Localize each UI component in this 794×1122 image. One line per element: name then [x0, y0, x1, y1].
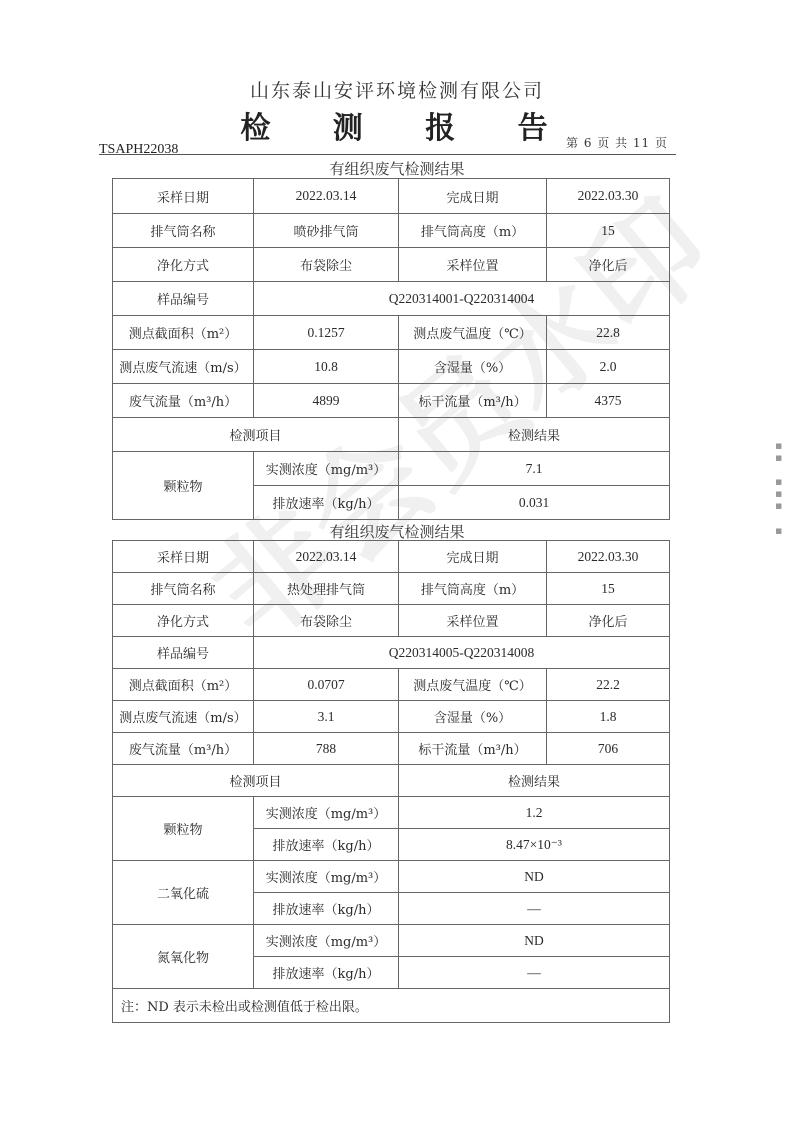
table-row: 检测项目 检测结果: [113, 418, 670, 452]
stack-height-label: 排气筒高度（m）: [399, 573, 547, 605]
table-row: 净化方式 布袋除尘 采样位置 净化后: [113, 248, 670, 282]
sampling-date-value: 2022.03.14: [254, 179, 399, 214]
purification-label: 净化方式: [113, 605, 254, 637]
concentration-value: ND: [399, 861, 670, 893]
sampling-location-value: 净化后: [547, 248, 670, 282]
table-row: 排气筒名称 热处理排气筒 排气筒高度（m） 15: [113, 573, 670, 605]
table-row: 颗粒物 实测浓度（mg/m³） 1.2: [113, 797, 670, 829]
gas-flow-value: 788: [254, 733, 399, 765]
sampling-date-value: 2022.03.14: [254, 541, 399, 573]
stack-name-value: 喷砂排气筒: [254, 214, 399, 248]
sample-id-label: 样品编号: [113, 282, 254, 316]
moisture-label: 含湿量（%）: [399, 350, 547, 384]
table-row: 二氧化硫 实测浓度（mg/m³） ND: [113, 861, 670, 893]
table-row: 采样日期 2022.03.14 完成日期 2022.03.30: [113, 541, 670, 573]
pollutant-name: 氮氧化物: [113, 925, 254, 989]
table-row: 注：ND 表示未检出或检测值低于检出限。: [113, 989, 670, 1023]
pollutant-name: 二氧化硫: [113, 861, 254, 925]
stack-name-label: 排气筒名称: [113, 573, 254, 605]
company-name: 山东泰山安评环境检测有限公司: [0, 76, 794, 103]
dry-flow-label: 标干流量（m³/h）: [399, 733, 547, 765]
emission-rate-value: —: [399, 957, 670, 989]
sampling-location-label: 采样位置: [399, 605, 547, 637]
sampling-date-label: 采样日期: [113, 541, 254, 573]
gas-velocity-value: 3.1: [254, 701, 399, 733]
sample-id-value: Q220314001-Q220314004: [254, 282, 670, 316]
table-row: 测点截面积（m²） 0.1257 测点废气温度（℃） 22.8: [113, 316, 670, 350]
emission-rate-value: 8.47×10⁻³: [399, 829, 670, 861]
table-row: 测点废气流速（m/s） 10.8 含湿量（%） 2.0: [113, 350, 670, 384]
concentration-label: 实测浓度（mg/m³）: [254, 861, 399, 893]
gas-temp-value: 22.8: [547, 316, 670, 350]
gas-temp-label: 测点废气温度（℃）: [399, 669, 547, 701]
moisture-label: 含湿量（%）: [399, 701, 547, 733]
emission-rate-label: 排放速率（kg/h）: [254, 893, 399, 925]
dry-flow-label: 标干流量（m³/h）: [399, 384, 547, 418]
concentration-value: 1.2: [399, 797, 670, 829]
sample-id-value: Q220314005-Q220314008: [254, 637, 670, 669]
emission-rate-label: 排放速率（kg/h）: [254, 486, 399, 520]
table-note: 注：ND 表示未检出或检测值低于检出限。: [113, 989, 670, 1023]
table-row: 废气流量（m³/h） 4899 标干流量（m³/h） 4375: [113, 384, 670, 418]
purification-label: 净化方式: [113, 248, 254, 282]
stack-height-value: 15: [547, 214, 670, 248]
gas-temp-label: 测点废气温度（℃）: [399, 316, 547, 350]
gas-flow-label: 废气流量（m³/h）: [113, 384, 254, 418]
moisture-value: 1.8: [547, 701, 670, 733]
report-title: 检 测 报 告: [0, 103, 794, 147]
moisture-value: 2.0: [547, 350, 670, 384]
purification-value: 布袋除尘: [254, 605, 399, 637]
table-row: 测点截面积（m²） 0.0707 测点废气温度（℃） 22.2: [113, 669, 670, 701]
concentration-label: 实测浓度（mg/m³）: [254, 797, 399, 829]
table-row: 净化方式 布袋除尘 采样位置 净化后: [113, 605, 670, 637]
pollutant-name: 颗粒物: [113, 452, 254, 520]
table-row: 排气筒名称 喷砂排气筒 排气筒高度（m） 15: [113, 214, 670, 248]
section-title-2: 有组织废气检测结果: [0, 521, 794, 542]
stack-name-value: 热处理排气筒: [254, 573, 399, 605]
header-divider: [99, 154, 676, 155]
completion-date-value: 2022.03.30: [547, 179, 670, 214]
completion-date-label: 完成日期: [399, 179, 547, 214]
emission-rate-value: —: [399, 893, 670, 925]
section-title-1: 有组织废气检测结果: [0, 158, 794, 179]
result-table-1: 采样日期 2022.03.14 完成日期 2022.03.30 排气筒名称 喷砂…: [112, 178, 670, 520]
emission-rate-label: 排放速率（kg/h）: [254, 829, 399, 861]
report-number: TSAPH22038: [99, 142, 178, 158]
section-area-value: 0.0707: [254, 669, 399, 701]
gas-temp-value: 22.2: [547, 669, 670, 701]
sampling-date-label: 采样日期: [113, 179, 254, 214]
gas-flow-value: 4899: [254, 384, 399, 418]
table-row: 氮氧化物 实测浓度（mg/m³） ND: [113, 925, 670, 957]
concentration-label: 实测浓度（mg/m³）: [254, 925, 399, 957]
section-area-value: 0.1257: [254, 316, 399, 350]
table-row: 检测项目 检测结果: [113, 765, 670, 797]
gas-velocity-label: 测点废气流速（m/s）: [113, 701, 254, 733]
stack-height-value: 15: [547, 573, 670, 605]
result-header: 检测结果: [399, 418, 670, 452]
sample-id-label: 样品编号: [113, 637, 254, 669]
stack-name-label: 排气筒名称: [113, 214, 254, 248]
dry-flow-value: 4375: [547, 384, 670, 418]
table-row: 采样日期 2022.03.14 完成日期 2022.03.30: [113, 179, 670, 214]
table-row: 废气流量（m³/h） 788 标干流量（m³/h） 706: [113, 733, 670, 765]
completion-date-label: 完成日期: [399, 541, 547, 573]
table-row: 颗粒物 实测浓度（mg/m³） 7.1: [113, 452, 670, 486]
item-header: 检测项目: [113, 765, 399, 797]
gas-velocity-label: 测点废气流速（m/s）: [113, 350, 254, 384]
section-area-label: 测点截面积（m²）: [113, 316, 254, 350]
emission-rate-label: 排放速率（kg/h）: [254, 957, 399, 989]
result-table-2: 采样日期 2022.03.14 完成日期 2022.03.30 排气筒名称 热处…: [112, 540, 670, 1023]
concentration-label: 实测浓度（mg/m³）: [254, 452, 399, 486]
concentration-value: ND: [399, 925, 670, 957]
emission-rate-value: 0.031: [399, 486, 670, 520]
pollutant-name: 颗粒物: [113, 797, 254, 861]
completion-date-value: 2022.03.30: [547, 541, 670, 573]
table-row: 测点废气流速（m/s） 3.1 含湿量（%） 1.8: [113, 701, 670, 733]
item-header: 检测项目: [113, 418, 399, 452]
sampling-location-label: 采样位置: [399, 248, 547, 282]
purification-value: 布袋除尘: [254, 248, 399, 282]
gas-flow-label: 废气流量（m³/h）: [113, 733, 254, 765]
stack-height-label: 排气筒高度（m）: [399, 214, 547, 248]
section-area-label: 测点截面积（m²）: [113, 669, 254, 701]
sampling-location-value: 净化后: [547, 605, 670, 637]
gas-velocity-value: 10.8: [254, 350, 399, 384]
table-row: 样品编号 Q220314005-Q220314008: [113, 637, 670, 669]
page-indicator: 第 6 页 共 11 页: [566, 134, 668, 151]
dry-flow-value: 706: [547, 733, 670, 765]
concentration-value: 7.1: [399, 452, 670, 486]
result-header: 检测结果: [399, 765, 670, 797]
table-row: 样品编号 Q220314001-Q220314004: [113, 282, 670, 316]
